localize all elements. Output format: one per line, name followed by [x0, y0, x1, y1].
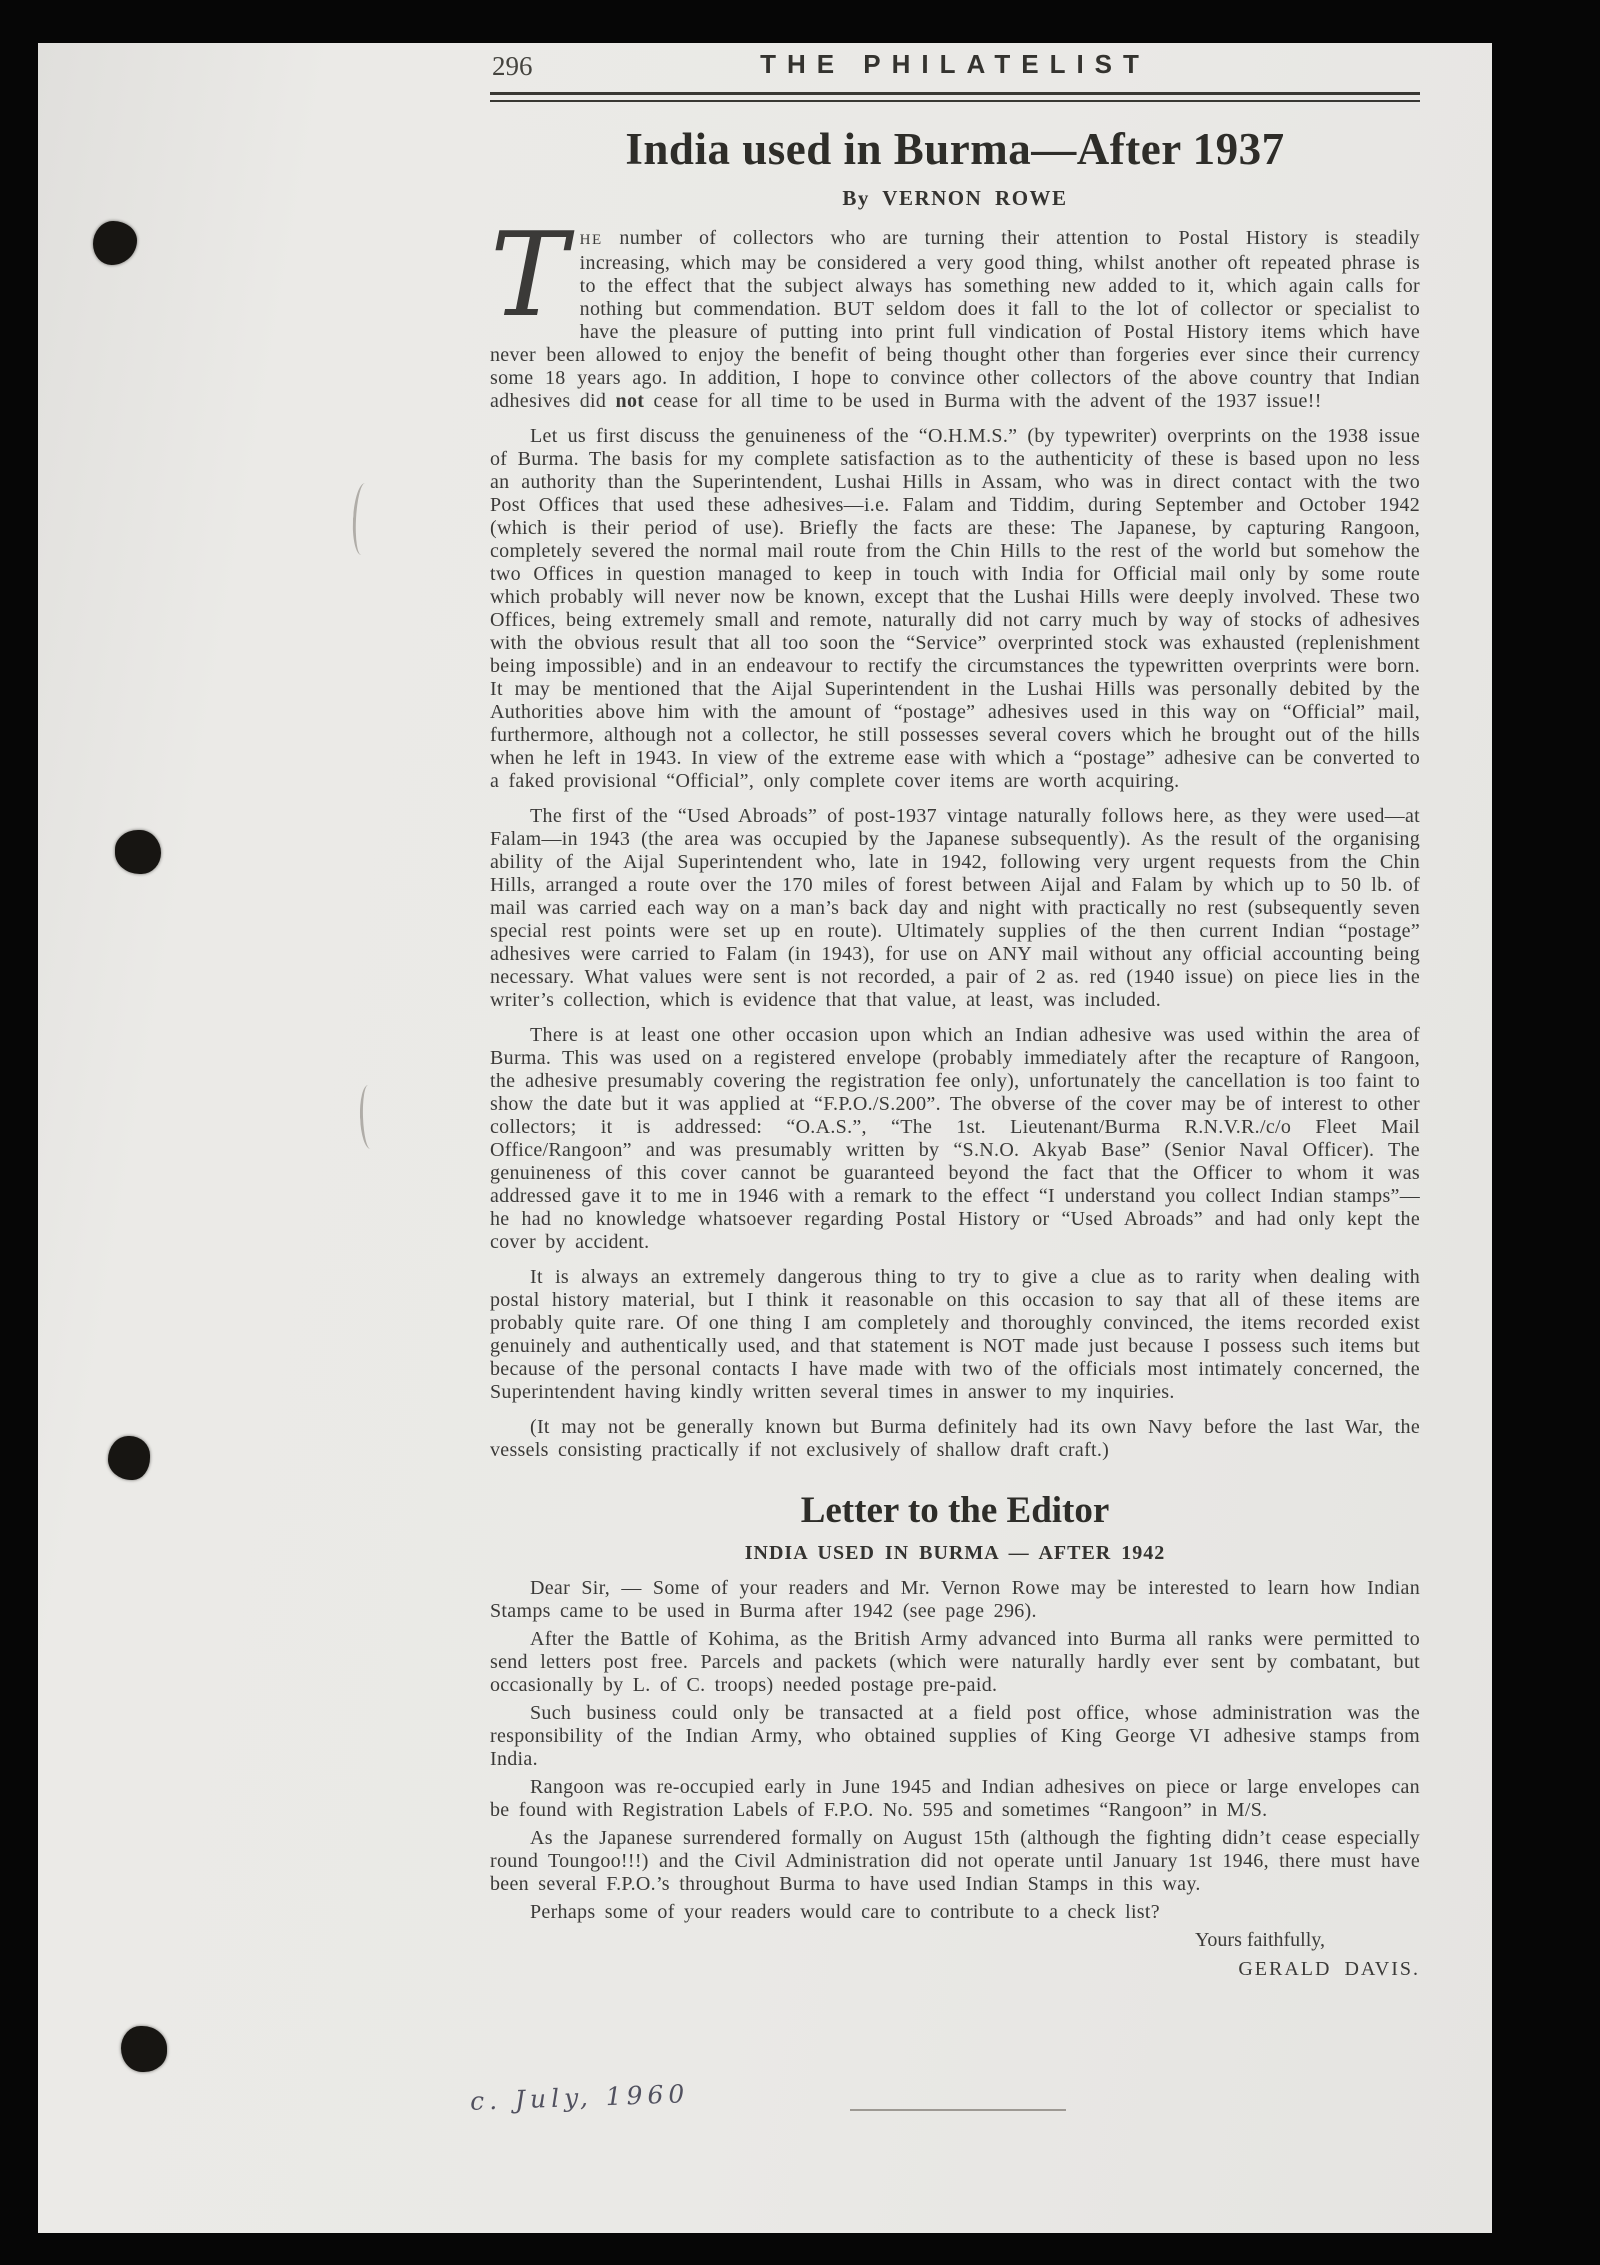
- letter-subtitle: INDIA USED IN BURMA — AFTER 1942: [490, 1542, 1420, 1565]
- content-column: 296 THE PHILATELIST India used in Burma—…: [490, 43, 1420, 1981]
- paper-crease: [351, 483, 372, 556]
- punch-hole: [108, 1436, 150, 1480]
- paper: 296 THE PHILATELIST India used in Burma—…: [38, 43, 1492, 2233]
- article-body: THE number of collectors who are turning…: [490, 227, 1420, 1462]
- letter-signature: GERALD DAVIS.: [490, 1958, 1420, 1981]
- article-title: India used in Burma—After 1937: [490, 124, 1420, 174]
- article-byline: By VERNON ROWE: [490, 186, 1420, 211]
- article-paragraph: (It may not be generally known but Burma…: [490, 1416, 1420, 1462]
- paper-crease: [359, 1085, 378, 1150]
- punch-hole: [121, 2026, 167, 2072]
- article-paragraph: It is always an extremely dangerous thin…: [490, 1266, 1420, 1404]
- letter-closing: Yours faithfully,: [490, 1929, 1420, 1952]
- drop-cap: T: [490, 227, 580, 323]
- handwritten-date: c. July, 1960: [470, 2079, 690, 2116]
- article-paragraph: The first of the “Used Abroads” of post-…: [490, 805, 1420, 1012]
- divider-rule: [850, 2109, 1066, 2111]
- page-header: 296 THE PHILATELIST: [490, 49, 1420, 83]
- letter-paragraph: Dear Sir, — Some of your readers and Mr.…: [490, 1577, 1420, 1623]
- punch-hole: [93, 221, 137, 265]
- letter-paragraph: Such business could only be transacted a…: [490, 1702, 1420, 1771]
- article-paragraph: Let us first discuss the genuineness of …: [490, 425, 1420, 793]
- letter-paragraph: Rangoon was re-occupied early in June 19…: [490, 1776, 1420, 1822]
- letter-title: Letter to the Editor: [490, 1490, 1420, 1532]
- article-paragraph: THE number of collectors who are turning…: [490, 227, 1420, 413]
- scan-frame: 296 THE PHILATELIST India used in Burma—…: [0, 0, 1600, 2265]
- journal-title: THE PHILATELIST: [490, 49, 1420, 80]
- punch-hole: [115, 830, 161, 874]
- header-rule: [490, 92, 1420, 102]
- letter-body: Dear Sir, — Some of your readers and Mr.…: [490, 1577, 1420, 1924]
- letter-paragraph: Perhaps some of your readers would care …: [490, 1901, 1420, 1924]
- letter-paragraph: After the Battle of Kohima, as the Briti…: [490, 1628, 1420, 1697]
- page-number: 296: [492, 51, 533, 82]
- letter-paragraph: As the Japanese surrendered formally on …: [490, 1827, 1420, 1896]
- article-paragraph: There is at least one other occasion upo…: [490, 1024, 1420, 1254]
